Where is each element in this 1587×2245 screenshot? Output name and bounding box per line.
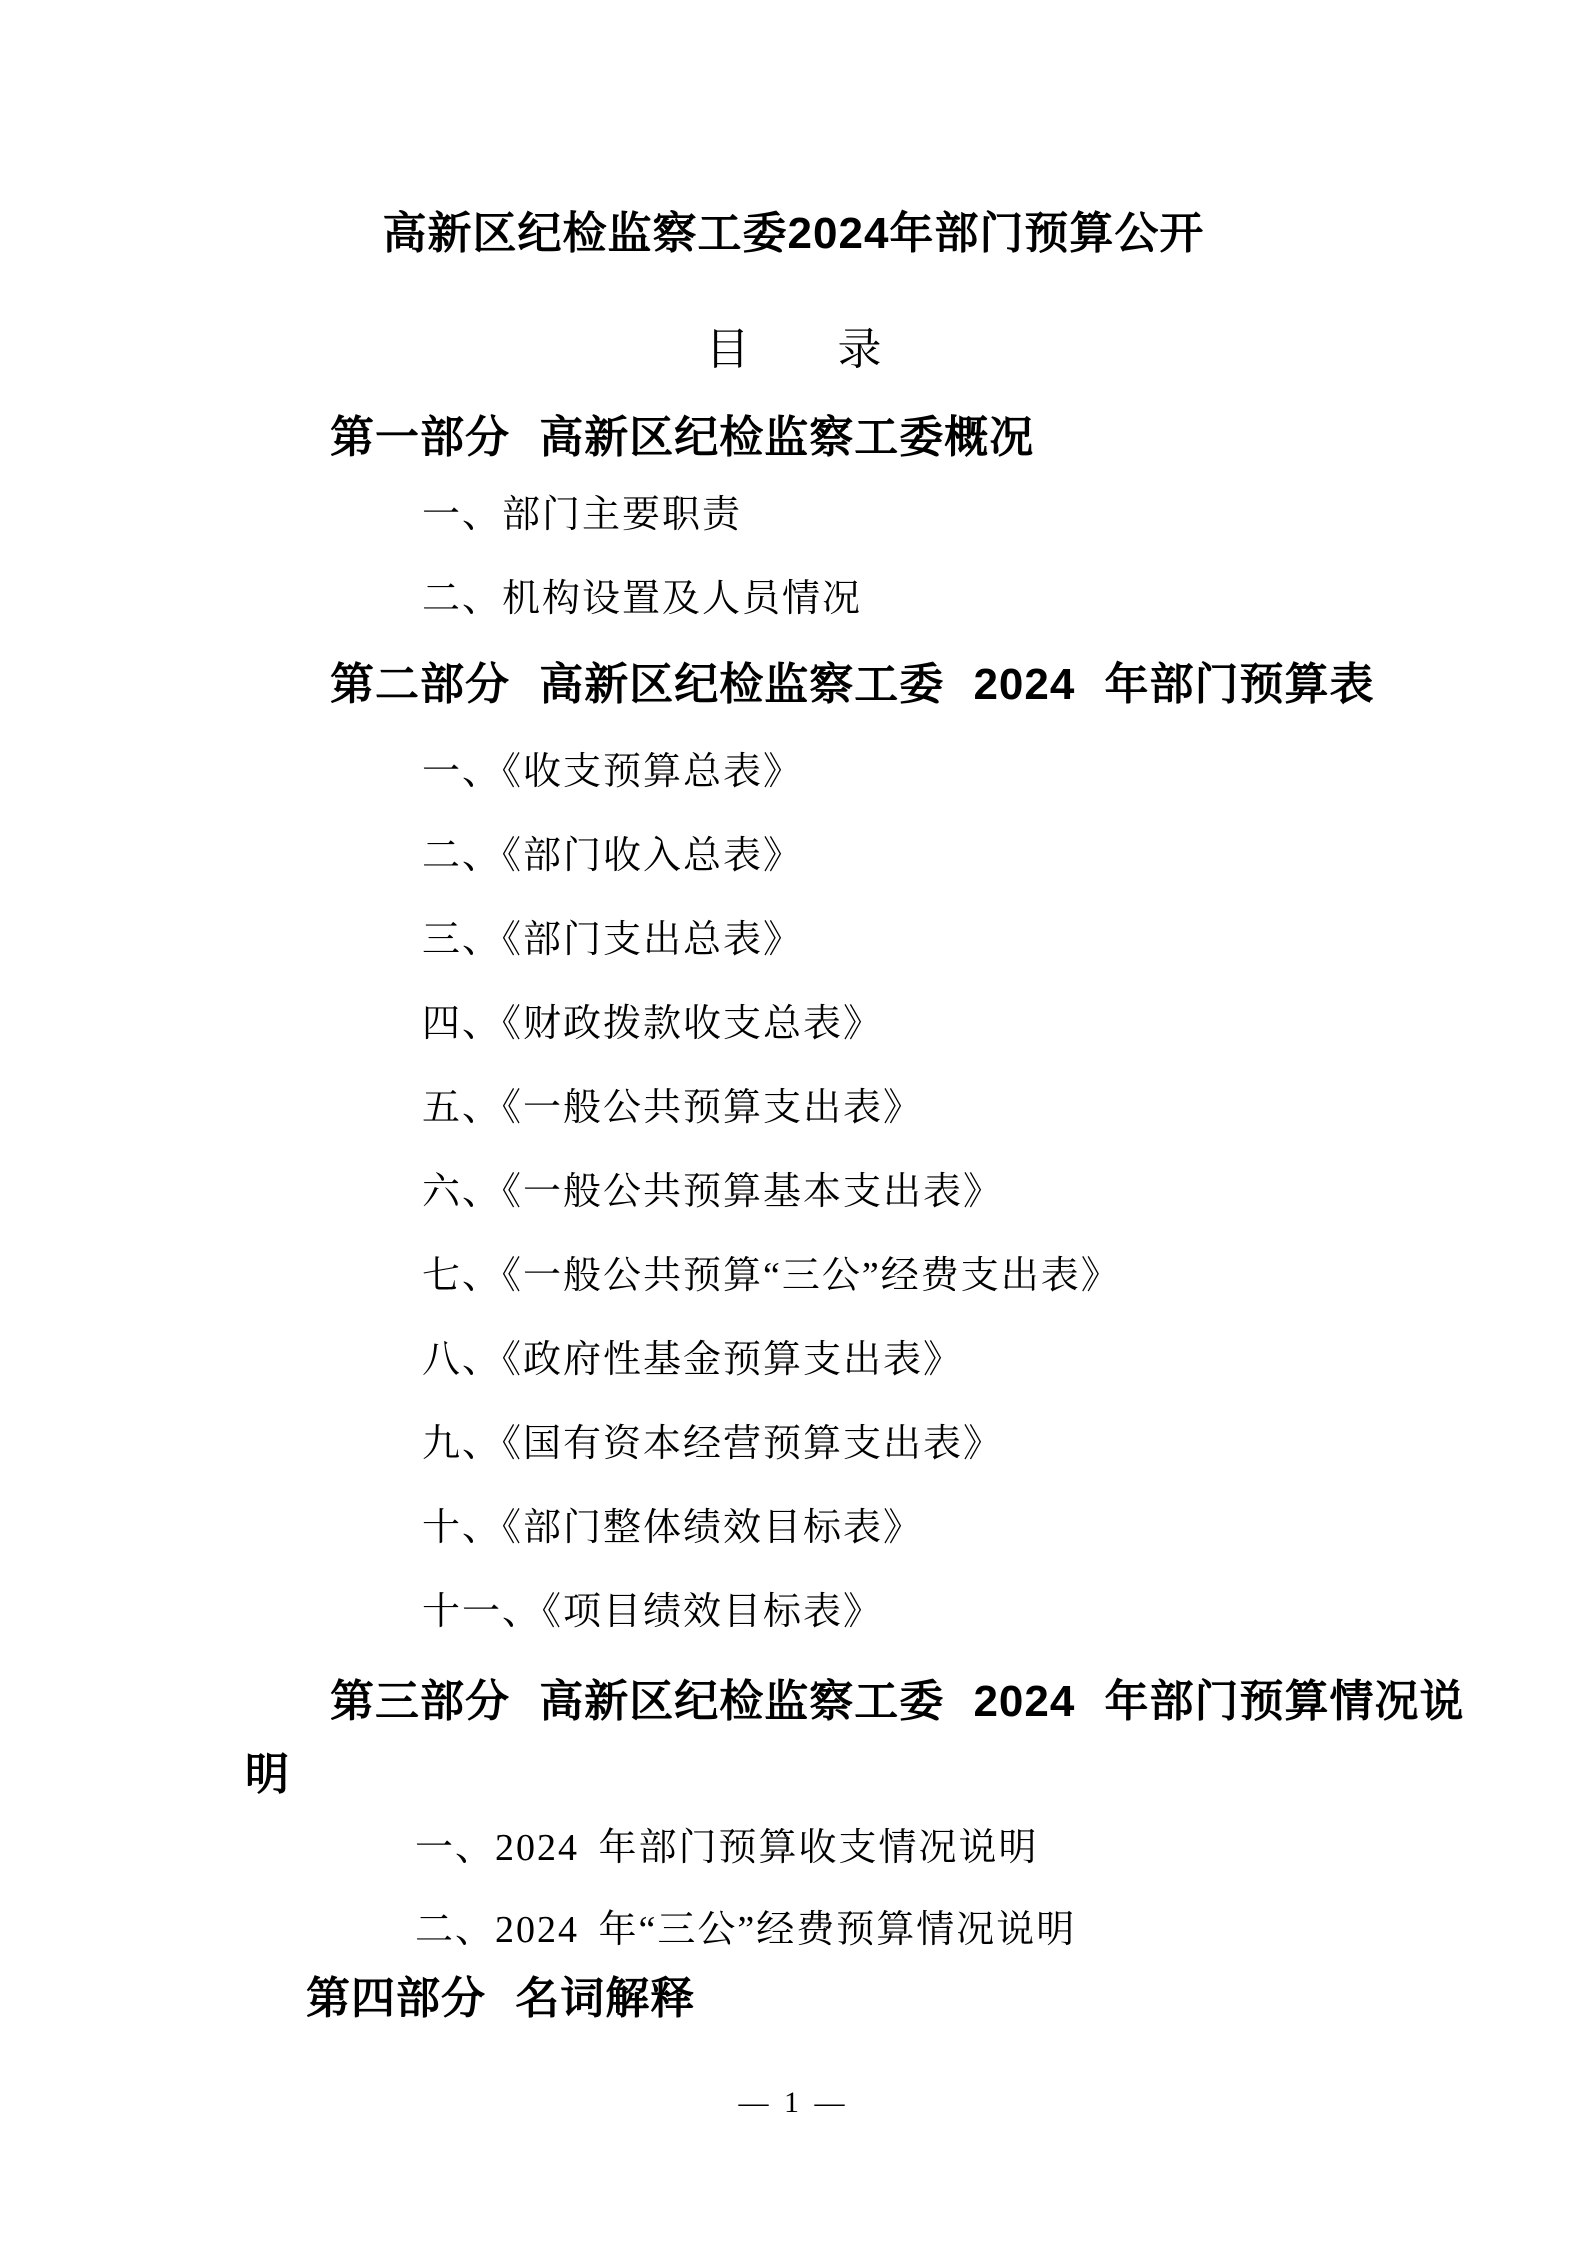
part1-heading: 第一部分 高新区纪检监察工委概况 [330, 413, 1034, 464]
toc-entry: 二、2024 年“三公”经费预算情况说明 [415, 1909, 1076, 1953]
part3-heading-line2: 明 [245, 1750, 290, 1801]
page-number: — 1 — [0, 2086, 1587, 2121]
part4-heading: 第四部分 名词解释 [306, 1974, 695, 2025]
toc-entry: 一、部门主要职责 [422, 494, 742, 538]
toc-entry: 二、机构设置及人员情况 [422, 578, 862, 622]
toc-entry: 八、《政府性基金预算支出表》 [422, 1339, 963, 1383]
toc-entry: 二、《部门收入总表》 [422, 835, 803, 879]
toc-entry: 十、《部门整体绩效目标表》 [422, 1507, 923, 1551]
toc-entry: 五、《一般公共预算支出表》 [422, 1087, 923, 1131]
toc-entry: 一、《收支预算总表》 [422, 751, 803, 795]
document-title: 高新区纪检监察工委2024年部门预算公开 [0, 209, 1587, 260]
toc-entry: 七、《一般公共预算“三公”经费支出表》 [422, 1255, 1121, 1299]
toc-entry: 九、《国有资本经营预算支出表》 [422, 1423, 1003, 1467]
toc-entry: 六、《一般公共预算基本支出表》 [422, 1171, 1003, 1215]
toc-entry: 十一、《项目绩效目标表》 [422, 1591, 883, 1635]
toc-heading: 目 录 [0, 325, 1587, 376]
part2-heading: 第二部分 高新区纪检监察工委 2024 年部门预算表 [330, 660, 1375, 711]
document-page: 高新区纪检监察工委2024年部门预算公开 目 录 第一部分 高新区纪检监察工委概… [0, 0, 1587, 2245]
toc-entry: 三、《部门支出总表》 [422, 919, 803, 963]
toc-entry: 四、《财政拨款收支总表》 [422, 1003, 883, 1047]
part3-heading-line1: 第三部分 高新区纪检监察工委 2024 年部门预算情况说 [330, 1677, 1465, 1728]
toc-entry: 一、2024 年部门预算收支情况说明 [415, 1827, 1039, 1871]
